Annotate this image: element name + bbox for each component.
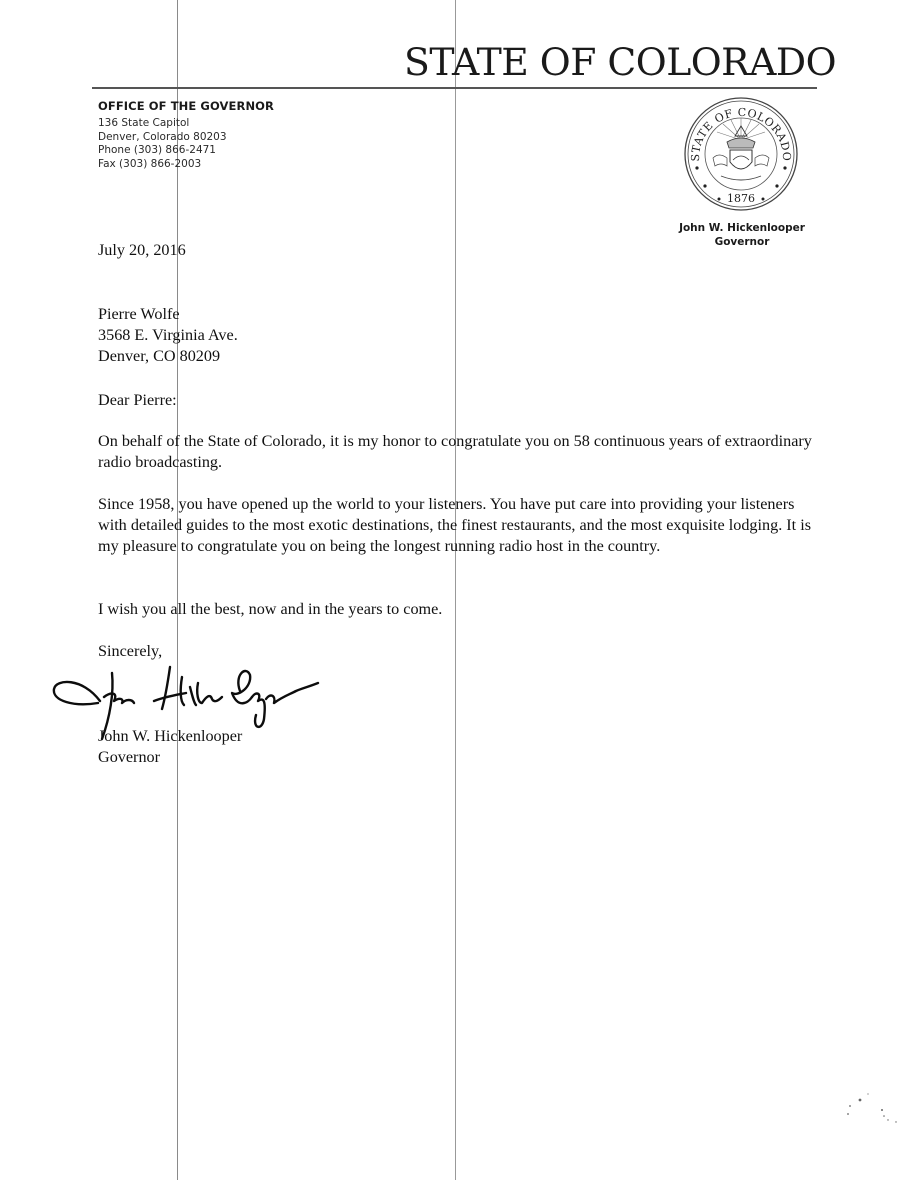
office-address-line: Denver, Colorado 80203	[98, 131, 274, 145]
scan-specks	[820, 1070, 910, 1140]
governor-block: John W. Hickenlooper Governor	[662, 221, 822, 249]
letterhead-rule	[92, 87, 817, 89]
body-paragraph: On behalf of the State of Colorado, it i…	[98, 431, 818, 473]
signer-name: John W. Hickenlooper	[98, 726, 242, 747]
svg-text:1876: 1876	[727, 192, 755, 205]
governor-name: John W. Hickenlooper	[662, 221, 822, 235]
office-block: OFFICE OF THE GOVERNOR 136 State Capitol…	[98, 99, 274, 171]
letter-date: July 20, 2016	[98, 240, 186, 261]
signer-block: John W. Hickenlooper Governor	[98, 726, 242, 768]
recipient-name: Pierre Wolfe	[98, 304, 238, 325]
governor-title: Governor	[662, 235, 822, 249]
scan-artifact-line-left	[177, 0, 178, 1180]
office-fax: Fax (303) 866-2003	[98, 158, 274, 172]
recipient-address: Pierre Wolfe 3568 E. Virginia Ave. Denve…	[98, 304, 238, 367]
state-seal-icon: STATE OF COLORADO 1876	[683, 96, 799, 212]
salutation: Dear Pierre:	[98, 390, 177, 411]
recipient-street: 3568 E. Virginia Ave.	[98, 325, 238, 346]
office-name: OFFICE OF THE GOVERNOR	[98, 99, 274, 113]
scan-artifact-line-center	[455, 0, 456, 1180]
office-phone: Phone (303) 866-2471	[98, 144, 274, 158]
body-paragraph: I wish you all the best, now and in the …	[98, 599, 442, 620]
signer-title: Governor	[98, 747, 242, 768]
recipient-city: Denver, CO 80209	[98, 346, 238, 367]
office-address-line: 136 State Capitol	[98, 117, 274, 131]
letterhead-title: STATE OF COLORADO	[404, 44, 836, 81]
body-paragraph: Since 1958, you have opened up the world…	[98, 494, 818, 557]
